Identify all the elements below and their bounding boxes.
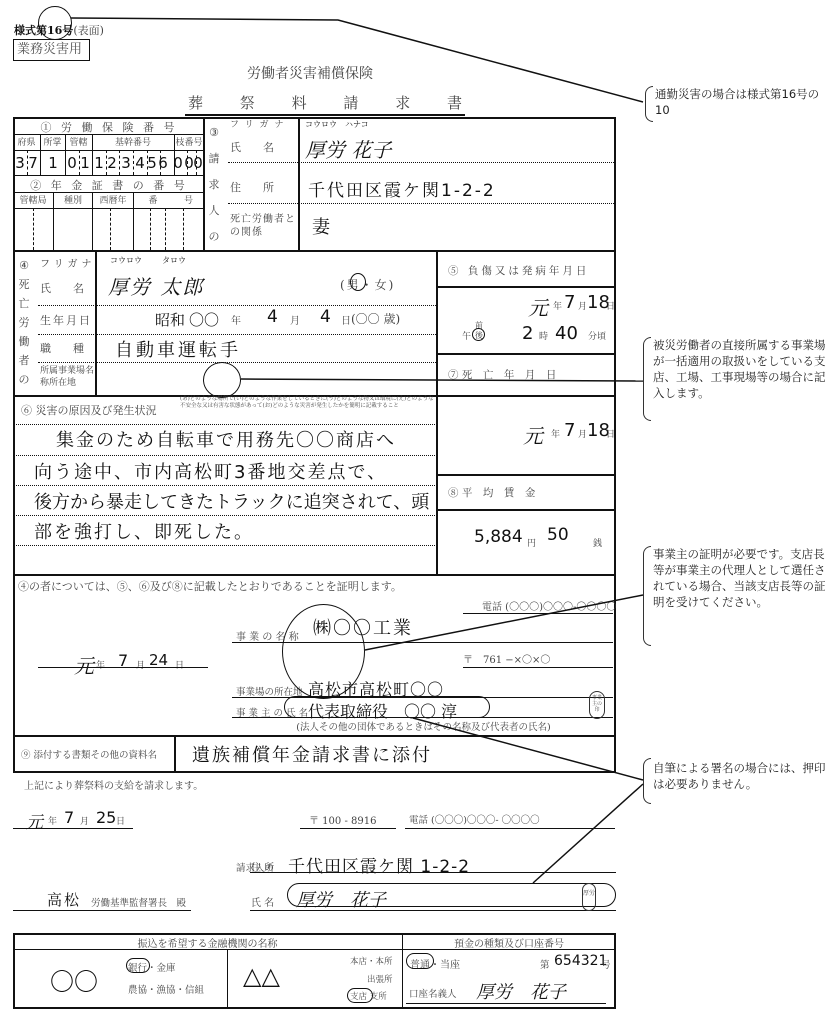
callout-leader-lines <box>0 0 831 1024</box>
